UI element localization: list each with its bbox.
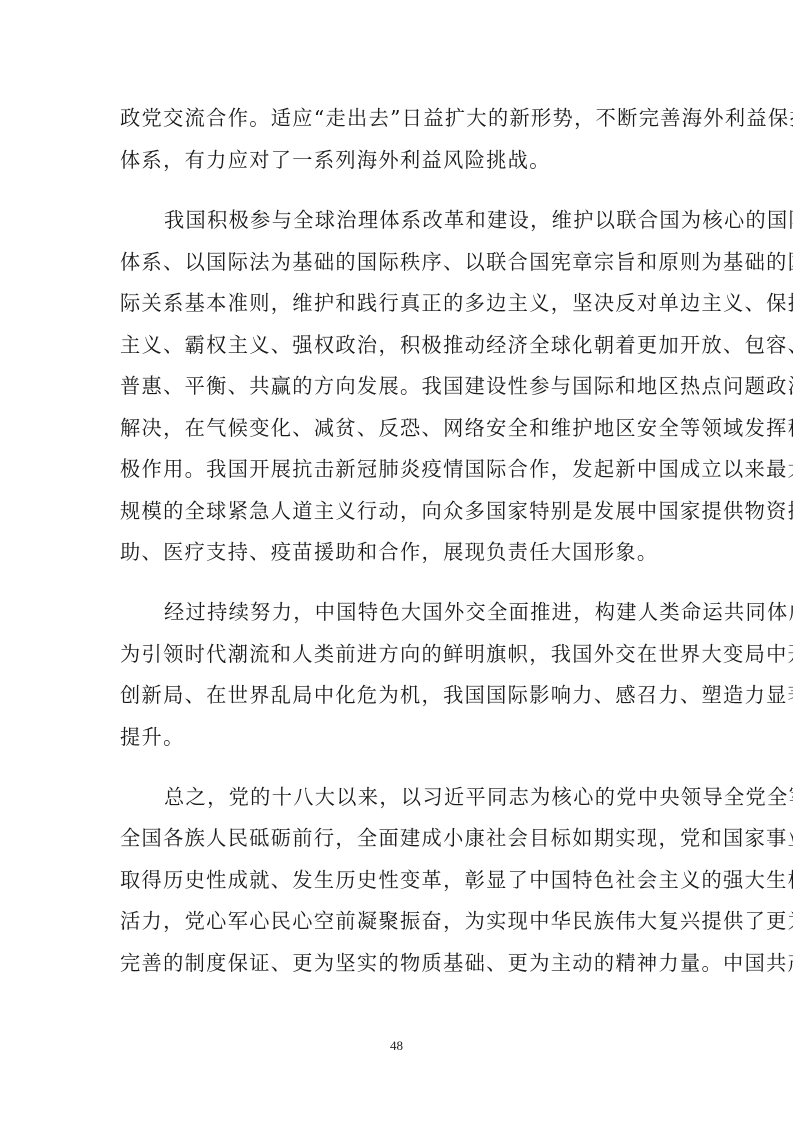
text-line: 际关系基本准则，维护和践行真正的多边主义，坚决反对单边主义、保护 bbox=[120, 288, 666, 318]
text-line: 提升。 bbox=[120, 722, 666, 752]
text-line: 政党交流合作。适应“走出去”日益扩大的新形势，不断完善海外利益保护 bbox=[120, 103, 666, 133]
text-line: 总之，党的十八大以来，以习近平同志为核心的党中央领导全党全军 bbox=[164, 782, 666, 812]
text-line: 主义、霸权主义、强权政治，积极推动经济全球化朝着更加开放、包容、 bbox=[120, 330, 666, 360]
text-line: 极作用。我国开展抗击新冠肺炎疫情国际合作，发起新中国成立以来最大 bbox=[120, 454, 666, 484]
text-line: 为引领时代潮流和人类前进方向的鲜明旗帜，我国外交在世界大变局中开 bbox=[120, 639, 666, 669]
text-line: 活力，党心军心民心空前凝聚振奋，为实现中华民族伟大复兴提供了更为 bbox=[120, 906, 666, 936]
text-line: 经过持续努力，中国特色大国外交全面推进，构建人类命运共同体成 bbox=[164, 597, 666, 627]
text-line: 完善的制度保证、更为坚实的物质基础、更为主动的精神力量。中国共产 bbox=[120, 948, 666, 978]
text-line: 全国各族人民砥砺前行，全面建成小康社会目标如期实现，党和国家事业 bbox=[120, 823, 666, 853]
text-line: 创新局、在世界乱局中化危为机，我国国际影响力、感召力、塑造力显著 bbox=[120, 680, 666, 710]
text-line: 助、医疗支持、疫苗援助和合作，展现负责任大国形象。 bbox=[120, 537, 666, 567]
text-line: 取得历史性成就、发生历史性变革，彰显了中国特色社会主义的强大生机 bbox=[120, 865, 666, 895]
text-line: 解决，在气候变化、减贫、反恐、网络安全和维护地区安全等领域发挥积 bbox=[120, 413, 666, 443]
text-line: 体系，有力应对了一系列海外利益风险挑战。 bbox=[120, 145, 666, 175]
text-line: 体系、以国际法为基础的国际秩序、以联合国宪章宗旨和原则为基础的国 bbox=[120, 247, 666, 277]
text-line: 我国积极参与全球治理体系改革和建设，维护以联合国为核心的国际 bbox=[164, 205, 666, 235]
page-number: 48 bbox=[0, 1038, 793, 1054]
text-line: 普惠、平衡、共赢的方向发展。我国建设性参与国际和地区热点问题政治 bbox=[120, 371, 666, 401]
document-page: 政党交流合作。适应“走出去”日益扩大的新形势，不断完善海外利益保护 体系，有力应… bbox=[0, 0, 793, 1122]
text-line: 规模的全球紧急人道主义行动，向众多国家特别是发展中国家提供物资援 bbox=[120, 496, 666, 526]
